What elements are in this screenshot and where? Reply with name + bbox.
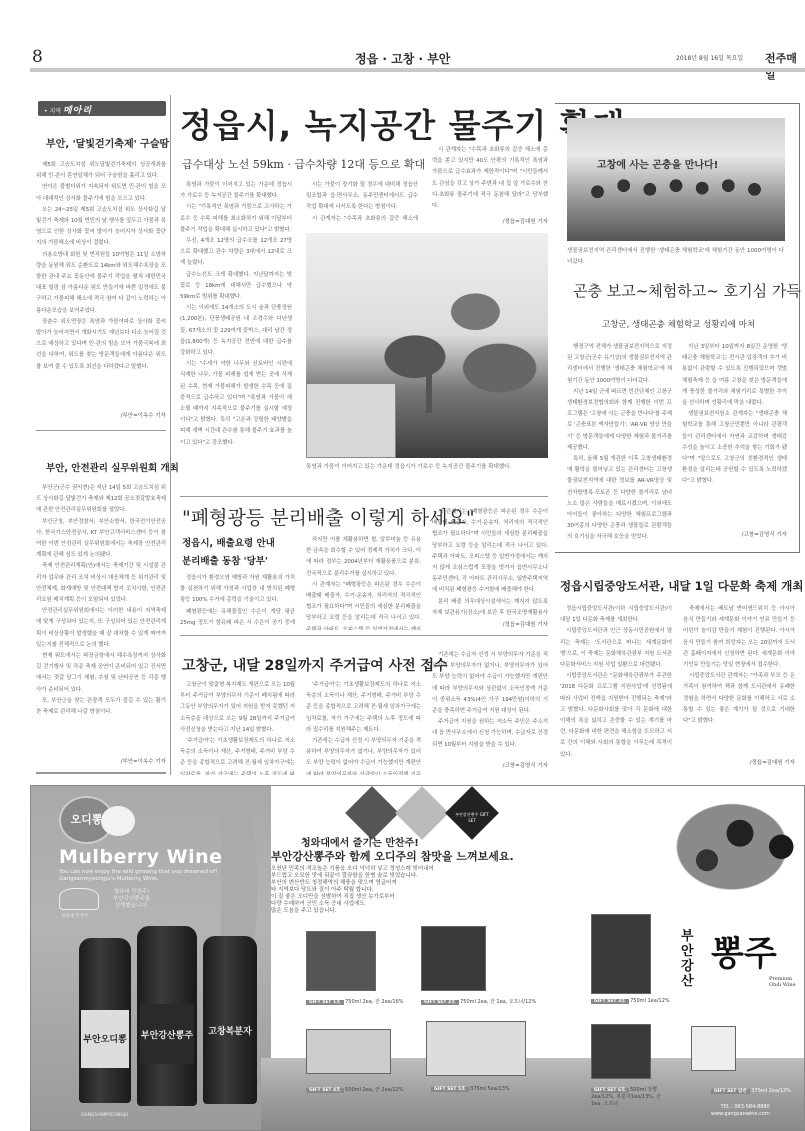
mulberry-wine-advertisement[interactable]: 오디뽕 Mulberry Wine You can now enjoy the … — [30, 785, 805, 1131]
bluehouse-label: 청와대 만찬주 — [61, 913, 89, 919]
fruit-diamond-image — [395, 786, 449, 840]
byline: /고창=김영식 기자 — [682, 530, 787, 538]
byline: /정읍=김대원 기자 — [432, 217, 548, 225]
article-body-col3: 기존에는 수급자 선정 시 부양의무자 기준을 적용하여 부양의무자가 없거나,… — [432, 650, 548, 758]
premium-label: Premium Ohdi Wine — [769, 976, 796, 988]
article-subheadline: 분리배출 동참 '당부' — [182, 553, 268, 567]
main-subheadline: 급수대상 노선 59km · 급수차량 12대 등으로 확대 — [182, 156, 425, 172]
brand-big-text: 뽕주 — [711, 926, 777, 975]
article-body-col1: 행정구역 전체가 생물권보전지역으로 지정된 고창군(군수 유기상)의 생물권보… — [567, 342, 672, 540]
gift-set-6-image — [591, 1024, 651, 1079]
ad-body-copy: 오천년 민족의 격조높은 기품을 오디 넉넉히 넣고 정성스레 빚어내어 부드럽… — [271, 866, 434, 915]
gift-set-caption: GIFT SET 1호 750ml 2ea, 잔 2ea/16% — [306, 998, 404, 1005]
wine-bottle-2: 부안강산뽕주 — [137, 926, 197, 1106]
article-headline[interactable]: "폐형광등 분리배출 이렇게 하세요" — [182, 503, 475, 530]
article-body-col2: '주거급여'는 기초생활보장제도의 하나로 저소득층의 소득이나 재산, 주거형… — [306, 680, 421, 775]
region-column-badge: • 지역 메아리 — [38, 101, 166, 116]
article-body-col1: 폭염과 가뭄이 이어지고 있는 가운데 정읍시가 가로수 등 녹지공간 물주기를… — [180, 180, 292, 475]
divider — [180, 496, 548, 497]
article-body-col3: 시 관계자는 "폐형광등은 파손된 경우 수은이 배출돼 배출자, 수거·운송자… — [432, 507, 548, 617]
byline: /고창=김영식 기자 — [432, 761, 548, 769]
water-truck-shape — [306, 383, 396, 458]
gift-set-caption: GIFT SET 일반 375ml 2ea/13% — [711, 1088, 791, 1094]
byline: /정읍=김대원 기자 — [432, 620, 548, 628]
badge-small-label: 지역 — [49, 108, 61, 115]
article-body: 제5회 고슴도치섬 위도달빛걷기축제의 성공개최를 위해 민·관이 혼연일체가 … — [36, 160, 166, 405]
gift-set-caption: GIFT SET 3호 750ml 1ea/12% — [591, 998, 670, 1004]
wine-bottle-3: 고창복분자 — [203, 936, 257, 1104]
mulberry-fruit-image — [641, 786, 805, 921]
bluehouse-text: 청와대 만찬주! 부안강산뽕주를 선택했습니다. — [113, 889, 150, 910]
issue-date: 2018년 8월 16일 목요일 — [676, 53, 743, 62]
insect-school-children-photo[interactable]: 고창에 사는 곤충을 만나다! — [567, 118, 785, 241]
article-body-col3: 시 관계자는 "수목과 초화류의 갈증 해소에 총력을 쏟고 있지만 40도 안… — [432, 145, 548, 217]
gift-set-2-image — [421, 926, 486, 991]
byline: /부안=이옥수 기자 — [36, 757, 166, 765]
gift-set-4-image — [306, 1029, 391, 1074]
wine-bottle-1: 부안오디뽕 — [79, 938, 131, 1103]
bluehouse-icon — [59, 888, 99, 910]
gift-set-caption: GIFT SET 5호 375ml 5ea/13% — [431, 1086, 510, 1092]
article-headline[interactable]: 고창군, 내달 28일까지 주거급여 사전 접수 — [182, 655, 448, 675]
article-subheadline: 고창군, 생태곤충 체험학교 성황리에 마쳐 — [602, 318, 755, 330]
contact-info: TEL : 063-584-8880 www.gangsanwine.com — [711, 1104, 770, 1118]
ad-headline-2: 부안강산뽕주와 함께 오디주의 참맛을 느껴보세요. — [271, 848, 514, 864]
article-headline[interactable]: 정읍시립중앙도서관, 내달 1일 다문화 축제 개최 — [560, 578, 803, 594]
photo-banner-text: 고창에 사는 곤충을 만나다! — [597, 156, 718, 171]
website-link[interactable]: www.gangsanwine.com — [711, 1111, 770, 1118]
article-headline[interactable]: 부안, '달빛걷기축제' 구슬땀 — [46, 135, 169, 150]
gift-set-caption: GIFT SET 6호 500ml 장뽕2ea/12%, 복분자1ea/13%,… — [591, 1086, 661, 1107]
byline: /부안=이옥수 기자 — [36, 411, 166, 419]
maker-label: GANGSANMYEONGJU — [81, 1113, 128, 1118]
divider — [180, 635, 548, 636]
gift-set-caption: GIFT SET 4호 500ml 2ea, 잔 2ea/12% — [306, 1086, 404, 1093]
article-body-col1: 정읍시가 환경오염 예방과 자원 재활용의 가치를 실천하기 위해 가정과 사업… — [180, 573, 295, 630]
byline: /정읍=김대원 기자 — [683, 758, 795, 766]
gift-set-1-image — [306, 931, 376, 991]
divider — [36, 430, 166, 431]
article-headline[interactable]: 부안, 안전관리 실무위원회 개최 — [46, 460, 179, 474]
article-body-col1: 고창군이 맞춤형 복지제도 개편으로 오는 10월부터 주거급여 부양의무자 기… — [180, 680, 295, 775]
column-divider — [170, 95, 171, 775]
gift-set-basic-image — [691, 1026, 736, 1071]
article-subheadline: 정읍시, 배출요령 안내 — [182, 535, 275, 549]
mascot-icon — [101, 806, 135, 836]
article-body-col2: 축제에서는 베트남 반미샌드위치 등 아시아 음식 만들기와 세계문화 이야기 … — [683, 604, 795, 752]
diamond-label: 부안강산뽕주 GIFT SET — [451, 812, 493, 823]
ad-tagline: You can now enjoy the wild ginseng that … — [59, 869, 217, 883]
badge-big-label: 메아리 — [63, 106, 92, 116]
photo-caption: 폭염과 가뭄이 이어지고 있는 가운데 정읍시가 가로수 등 녹지공간 물주기를… — [306, 462, 548, 473]
article-body-col2: 지난 3일부터 10일까지 8일간 운영한 '생태곤충 체험학교'는 전시관 입… — [682, 342, 787, 527]
article-body: 부안군(군수 권익현)은 지난 14일 5회 고슴도치섬 위도 상사화길 달빛걷… — [36, 483, 166, 753]
divider — [36, 772, 166, 774]
section-title: 정읍 · 고창 · 부안 — [355, 50, 450, 67]
article-body-col2: 시는 가뭄이 장기화 될 경우에 대비해 정읍산림조합과 읍·면사무소, 동주민… — [306, 180, 418, 225]
page-number: 8 — [32, 47, 43, 67]
brand-small-text: 부안강산 — [681, 929, 695, 989]
article-headline[interactable]: 곤충 보고~체험하고~ 호기심 가득 — [573, 280, 801, 301]
gift-set-caption: GIFT SET 2호 750ml 2ea, 잔 1ea, 오프너/12% — [421, 998, 536, 1005]
ad-title: Mulberry Wine — [59, 846, 223, 868]
header-divider — [30, 68, 805, 72]
article-body-col2: 하지만 이를 재활용하면 철, 알루미늄 등 유용한 금속을 회수할 수 있어 … — [306, 535, 421, 630]
street-trees-watering-photo[interactable] — [306, 233, 548, 458]
newspaper-name: 전주매일 — [765, 50, 805, 82]
gift-set-3-image — [591, 914, 651, 994]
mulberry-diamond-image — [345, 786, 399, 840]
photo-caption: 생물권보전지역 관리센터에서 진행한 '생태곤충 체험학교'에 체험기간 동안 … — [567, 246, 785, 268]
article-body-col1: 정읍시립중앙도서관(이하 시립중앙도서관)이 내달 1일 다문화 축제를 개최한… — [560, 604, 672, 776]
gift-set-5-image — [426, 1021, 526, 1076]
ad-headline-1: 청와대에서 즐기는 만찬주! — [301, 834, 419, 849]
worker-figure — [426, 353, 432, 413]
